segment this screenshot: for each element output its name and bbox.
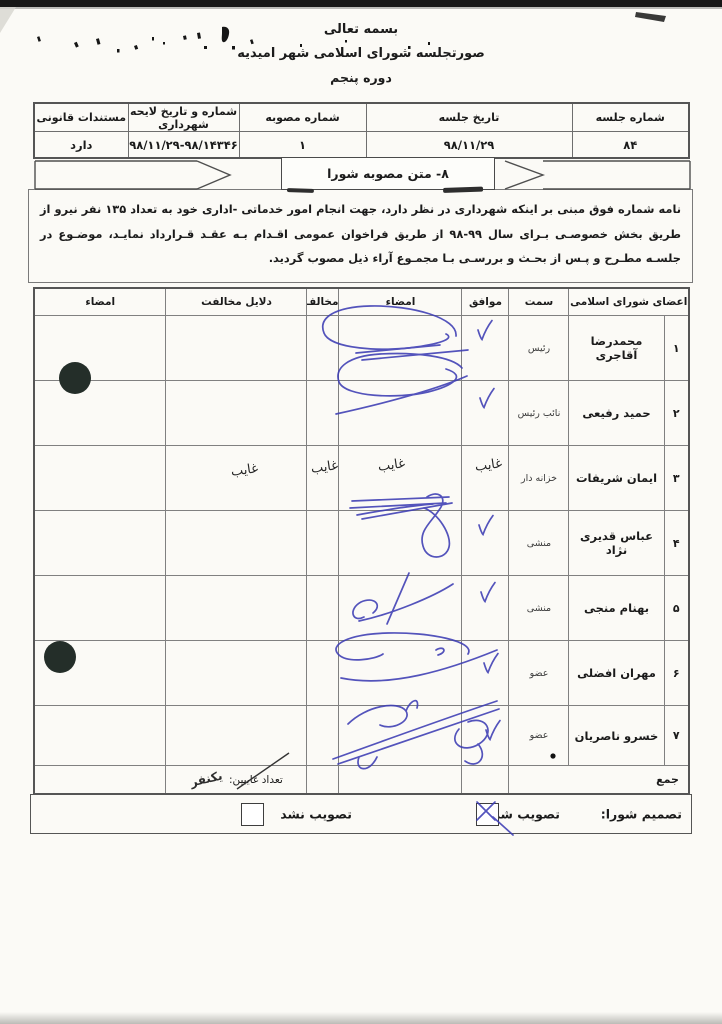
bill-number-date: ۹۸/۱۱/۲۹-۹۸/۱۴۳۴۶ xyxy=(129,138,238,152)
session-date: ۹۸/۱۱/۲۹ xyxy=(444,138,495,152)
ribbon-left-segment xyxy=(35,161,197,189)
member-name: عباس قدیری نژاد xyxy=(569,511,664,576)
sum-signature-left-cell xyxy=(34,766,166,794)
signature-cell xyxy=(339,316,462,381)
member-row-1: ۱ محمدرضا آقاجری رئیس xyxy=(34,316,689,381)
members-vote-table: اعضای شورای اسلامی سمت موافق امضاء مخالف… xyxy=(33,287,690,795)
header-position: سمت xyxy=(509,288,569,316)
oppose-cell xyxy=(307,381,339,446)
signature-cell xyxy=(339,576,462,641)
header-members: اعضای شورای اسلامی xyxy=(569,288,689,316)
member-row-5: ۵ بهنام منجی منشی xyxy=(34,576,689,641)
oppose-reasons-cell xyxy=(166,576,307,641)
value-session-date: ۹۸/۱۱/۲۹ xyxy=(366,132,572,159)
signature-left-cell xyxy=(34,706,166,766)
sum-agree-cell xyxy=(462,766,509,794)
banner-title: ۸- متن مصوبه شورا xyxy=(327,166,449,181)
row-number: ۲ xyxy=(664,381,689,446)
member-name: مهران افضلی xyxy=(569,641,664,706)
oppose-cell xyxy=(307,316,339,381)
rejected-label: تصویب نشد xyxy=(280,807,352,822)
scanner-edge-shadow xyxy=(0,7,722,9)
header-bill-number-date: شماره و تاریخ لایحه شهرداری xyxy=(128,103,239,132)
value-session-number: ۸۴ xyxy=(572,132,689,159)
members-header-row: اعضای شورای اسلامی سمت موافق امضاء مخالف… xyxy=(34,288,689,316)
signature-left-cell xyxy=(34,446,166,511)
header-signature: امضاء xyxy=(339,288,462,316)
member-name: ایمان شریفات xyxy=(569,446,664,511)
agree-cell xyxy=(462,316,509,381)
signature-left-cell xyxy=(34,316,166,381)
session-number: ۸۴ xyxy=(623,138,637,152)
signature-cell xyxy=(339,511,462,576)
member-position: عضو xyxy=(509,641,569,706)
oppose-reasons-cell xyxy=(166,511,307,576)
signature-left-cell xyxy=(34,576,166,641)
council-decision-row: تصمیم شورا: تصویب شد تصویب نشد xyxy=(30,794,692,834)
resolution-text: نامه شماره فوق مبنی بر اینکه شهرداری در … xyxy=(40,202,681,265)
row-number: ۶ xyxy=(664,641,689,706)
value-bill-number-date: ۹۸/۱۱/۲۹-۹۸/۱۴۳۴۶ xyxy=(128,132,239,159)
oppose-reasons-cell xyxy=(166,446,307,511)
oppose-cell xyxy=(307,576,339,641)
approved-label: تصویب شد xyxy=(493,807,560,822)
sum-signature-cell xyxy=(339,766,462,794)
signature-left-cell xyxy=(34,511,166,576)
member-position: نائب رئیس xyxy=(509,381,569,446)
member-position: عضو xyxy=(509,706,569,766)
decision-label: تصمیم شورا: xyxy=(601,807,682,822)
resolution-number: ۱ xyxy=(299,138,306,152)
member-name: حمید رفیعی xyxy=(569,381,664,446)
row-number: ۱ xyxy=(664,316,689,381)
signature-left-cell xyxy=(34,381,166,446)
row-number: ۵ xyxy=(664,576,689,641)
oppose-reasons-cell xyxy=(166,316,307,381)
header-legal-documents: مستندات قانونی xyxy=(34,103,128,132)
document-title: صورتجلسه شورای اسلامی شهر امیدیه xyxy=(0,46,722,61)
oppose-reasons-cell xyxy=(166,381,307,446)
oppose-reasons-cell xyxy=(166,641,307,706)
row-number: ۴ xyxy=(664,511,689,576)
approved-checkbox xyxy=(476,803,499,826)
oppose-reasons-cell xyxy=(166,706,307,766)
scanned-document-page: بسمه تعالی صورتجلسه شورای اسلامی شهر امی… xyxy=(0,0,722,1024)
oppose-cell xyxy=(307,446,339,511)
chevron-right-icon xyxy=(197,161,230,189)
header-agree: موافق xyxy=(462,288,509,316)
value-resolution-number: ۱ xyxy=(239,132,366,159)
member-row-2: ۲ حمید رفیعی نائب رئیس xyxy=(34,381,689,446)
oppose-cell xyxy=(307,641,339,706)
member-position: خزانه دار xyxy=(509,446,569,511)
sum-label: جمع xyxy=(509,766,689,794)
info-values-row: ۸۴ ۹۸/۱۱/۲۹ ۱ ۹۸/۱۱/۲۹-۹۸/۱۴۳۴۶ دارد xyxy=(34,132,689,159)
member-row-4: ۴ عباس قدیری نژاد منشی xyxy=(34,511,689,576)
signature-cell xyxy=(339,381,462,446)
oppose-cell xyxy=(307,706,339,766)
sum-oppose-cell xyxy=(307,766,339,794)
signature-cell xyxy=(339,446,462,511)
info-header-row: شماره جلسه تاریخ جلسه شماره مصوبه شماره … xyxy=(34,103,689,132)
member-name: بهنام منجی xyxy=(569,576,664,641)
agree-cell xyxy=(462,446,509,511)
header-resolution-number: شماره مصوبه xyxy=(239,103,366,132)
oppose-cell xyxy=(307,511,339,576)
signature-cell xyxy=(339,706,462,766)
agree-cell xyxy=(462,511,509,576)
agree-cell xyxy=(462,381,509,446)
agree-cell xyxy=(462,706,509,766)
value-legal-documents: دارد xyxy=(34,132,128,159)
chevron-right-icon xyxy=(505,161,543,189)
member-row-6: ۶ مهران افضلی عضو xyxy=(34,641,689,706)
council-period: دوره پنجم xyxy=(0,70,722,85)
member-position: رئیس xyxy=(509,316,569,381)
member-position: منشی xyxy=(509,576,569,641)
bismillah-line: بسمه تعالی xyxy=(0,22,722,37)
header-session-date: تاریخ جلسه xyxy=(366,103,572,132)
ribbon-right-segment xyxy=(543,161,690,189)
absent-count-cell: تعداد غایبین: یکنفر xyxy=(166,766,307,794)
rejected-checkbox xyxy=(241,803,264,826)
scanner-edge-artifact xyxy=(0,0,722,7)
resolution-text-box: نامه شماره فوق مبنی بر اینکه شهرداری در … xyxy=(28,189,693,283)
member-row-7: ۷ خسرو ناصریان عضو xyxy=(34,706,689,766)
member-position: منشی xyxy=(509,511,569,576)
header-signature-left: امضاء xyxy=(34,288,166,316)
sum-row: جمع تعداد غایبین: یکنفر xyxy=(34,766,689,794)
header-session-number: شماره جلسه xyxy=(572,103,689,132)
scan-bottom-shadow xyxy=(0,1012,722,1024)
row-number: ۷ xyxy=(664,706,689,766)
header-oppose: مخالف xyxy=(307,288,339,316)
header-oppose-reasons: دلایل مخالفت xyxy=(166,288,307,316)
agree-cell xyxy=(462,576,509,641)
member-name: محمدرضا آقاجری xyxy=(569,316,664,381)
row-number: ۳ xyxy=(664,446,689,511)
document-header: بسمه تعالی صورتجلسه شورای اسلامی شهر امی… xyxy=(0,22,722,85)
signature-cell xyxy=(339,641,462,706)
member-row-3: ۳ ایمان شریفات خزانه دار xyxy=(34,446,689,511)
resolution-banner: ۸- متن مصوبه شورا xyxy=(281,157,495,190)
agree-cell xyxy=(462,641,509,706)
signature-left-cell xyxy=(34,641,166,706)
member-name: خسرو ناصریان xyxy=(569,706,664,766)
absent-count-handwritten: یکنفر xyxy=(189,769,224,790)
session-info-table: شماره جلسه تاریخ جلسه شماره مصوبه شماره … xyxy=(33,102,690,159)
legal-documents: دارد xyxy=(70,138,92,152)
absent-count-label: تعداد غایبین: xyxy=(229,774,283,786)
